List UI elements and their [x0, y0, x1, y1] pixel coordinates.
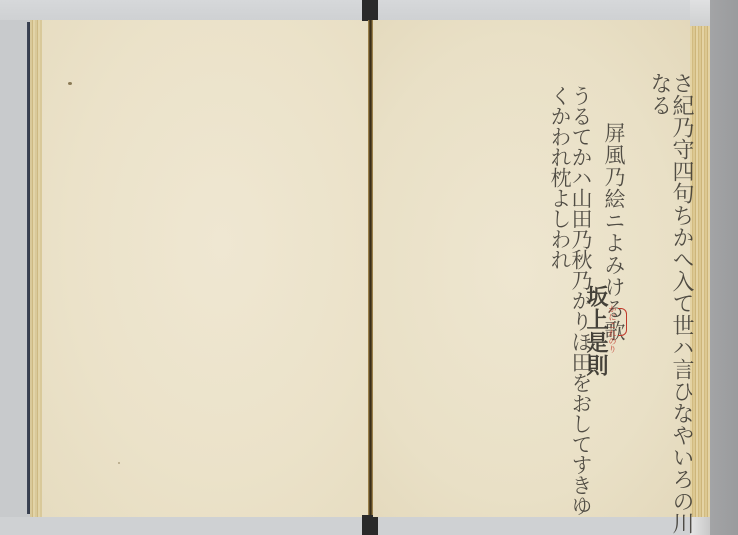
left-page-stack-edge [30, 20, 42, 517]
binding-clip-bottom [362, 515, 378, 535]
calligraphy-column-3-poem: うるてかハ山田乃秋乃かりほ田をおしてすきゆくかわれ枕よしわれ [549, 85, 591, 535]
paper-speck [118, 462, 120, 464]
red-annotation-bracket [618, 308, 627, 336]
left-page [42, 20, 368, 517]
paper-speck [68, 82, 72, 85]
scan-background-right [710, 0, 738, 535]
red-annotation: かにこれのり [608, 305, 616, 353]
binding-clip-top [362, 0, 378, 21]
right-page [373, 20, 690, 517]
calligraphy-column-1: さ紀乃守四句ちかへ入て世ハ言ひなやいろの川なる [648, 72, 692, 535]
right-stack-top [690, 0, 710, 26]
